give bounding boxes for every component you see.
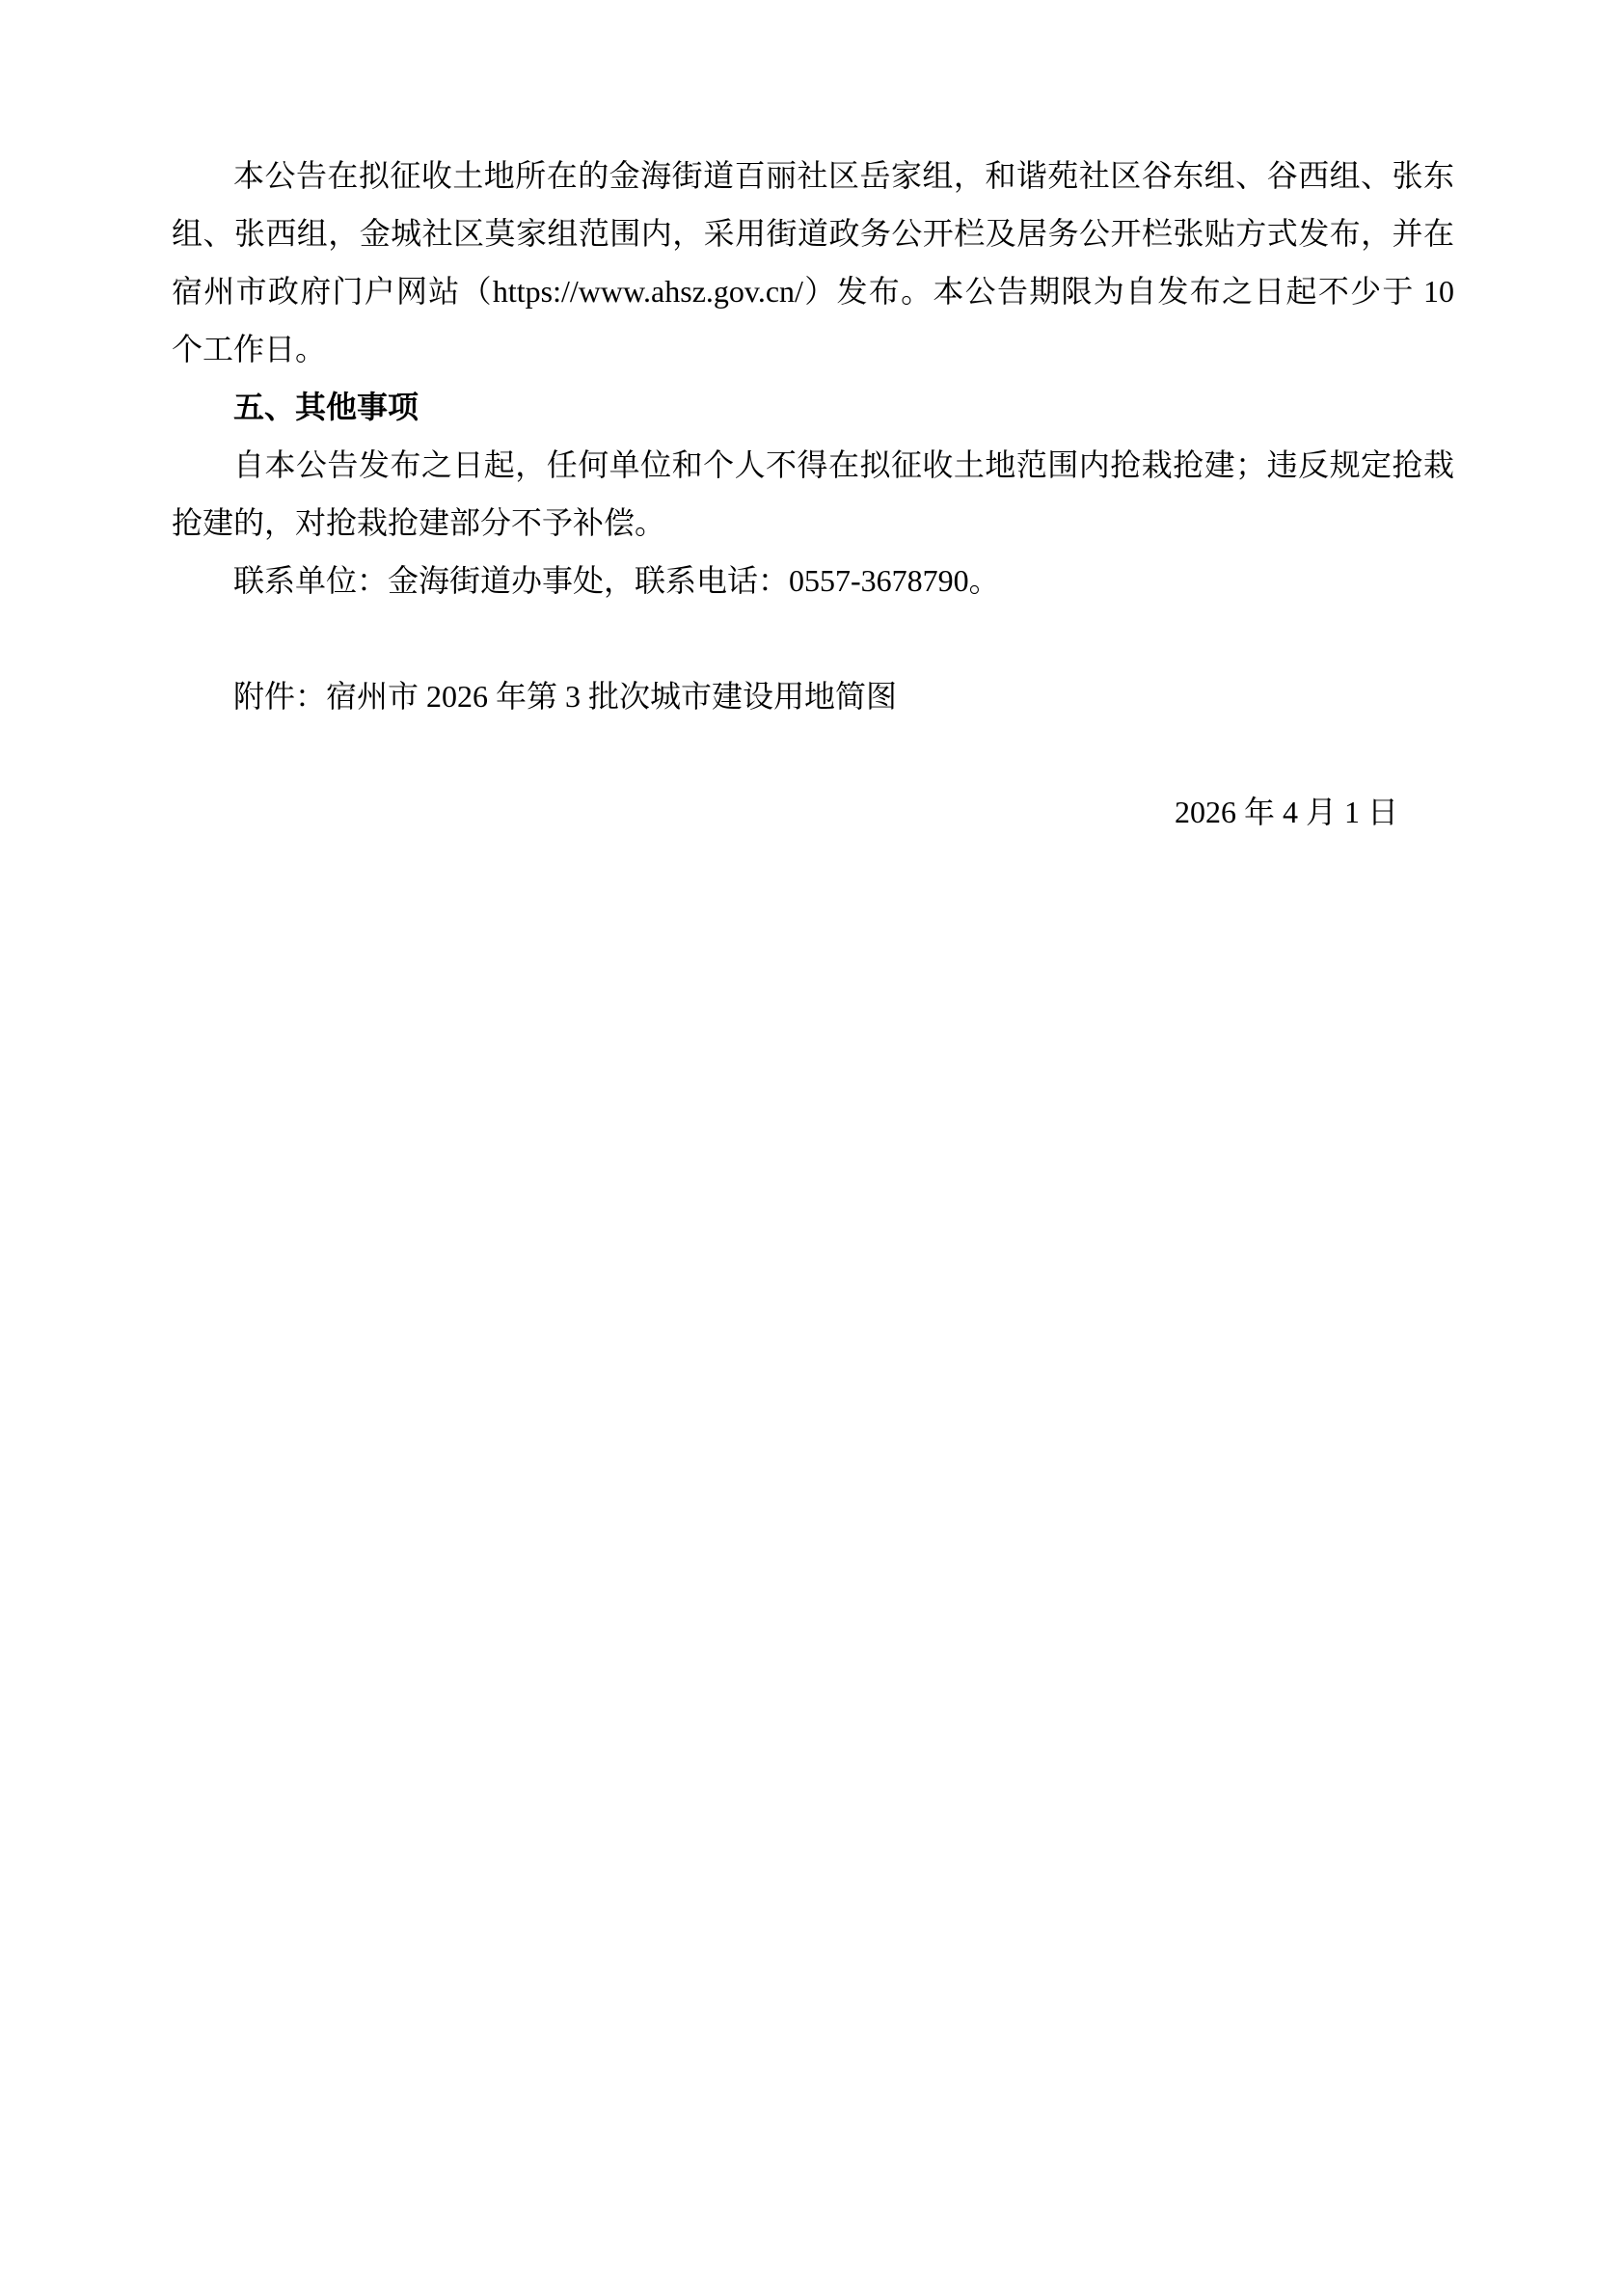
document-page: 本公告在拟征收土地所在的金海街道百丽社区岳家组，和谐苑社区谷东组、谷西组、张东组… <box>0 0 1623 2296</box>
section-heading-other-matters: 五、其他事项 <box>172 378 1454 436</box>
notice-body: 本公告在拟征收土地所在的金海街道百丽社区岳家组，和谐苑社区谷东组、谷西组、张东组… <box>172 147 1454 841</box>
paragraph-contact: 联系单位：金海街道办事处，联系电话：0557-3678790。 <box>172 552 1454 609</box>
paragraph-other-matters: 自本公告发布之日起，任何单位和个人不得在拟征收土地范围内抢栽抢建；违反规定抢栽抢… <box>172 436 1454 552</box>
date-line: 2026 年 4 月 1 日 <box>172 783 1454 841</box>
paragraph-publication: 本公告在拟征收土地所在的金海街道百丽社区岳家组，和谐苑社区谷东组、谷西组、张东组… <box>172 147 1454 378</box>
attachment-line: 附件：宿州市 2026 年第 3 批次城市建设用地简图 <box>172 667 1454 725</box>
